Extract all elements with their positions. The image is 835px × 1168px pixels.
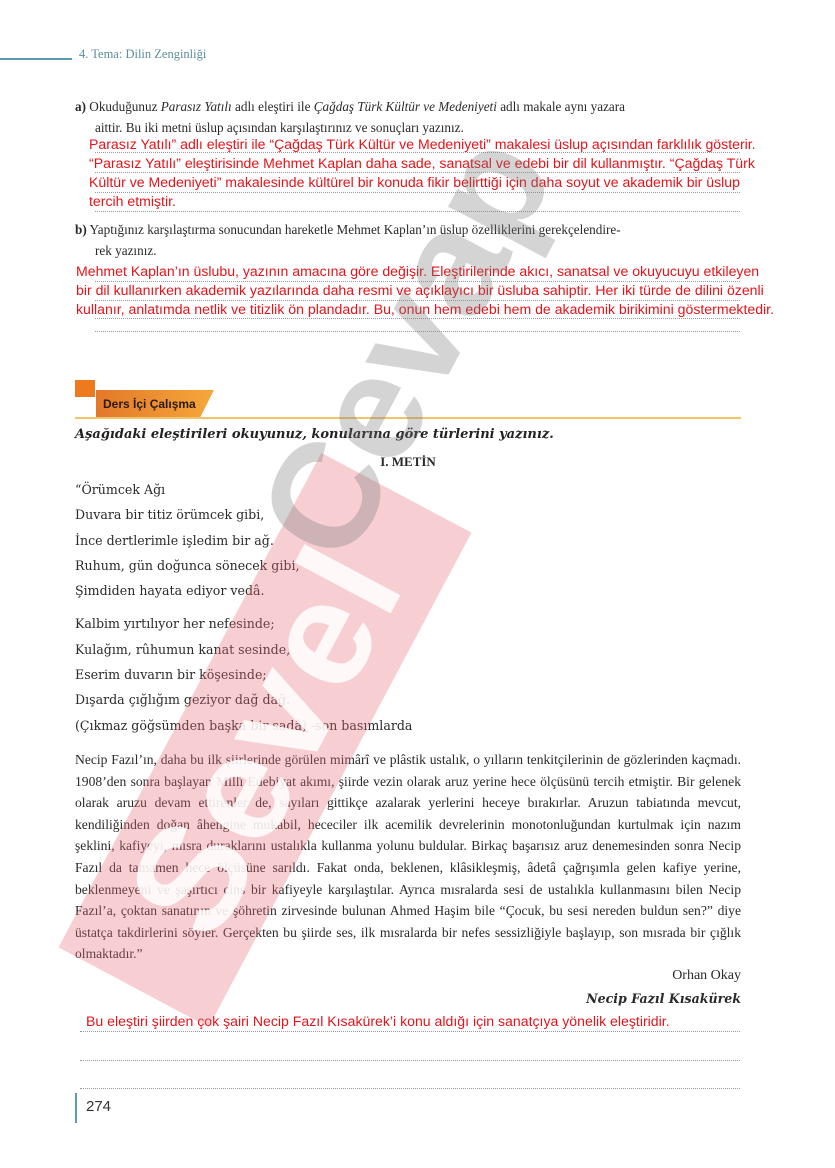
answer-a-line: “Parasız Yatılı” eleştirisinde Mehmet Ka…	[89, 154, 755, 173]
poem-line: Kulağım, rûhumun kanat sesinde,	[75, 637, 412, 662]
question-a-label: a)	[75, 99, 86, 114]
poem-line: Duvara bir titiz örümcek gibi,	[75, 502, 412, 527]
answer-a-line: tercih etmiştir.	[89, 192, 176, 211]
text-heading: I. METİN	[75, 454, 741, 470]
answer-a-line: Parasız Yatılı” adlı eleştiri ile “Çağda…	[89, 135, 756, 154]
section-rule	[75, 417, 741, 419]
critique-paragraph: Necip Fazıl’ın, daha bu ilk şiirlerinde …	[75, 749, 741, 965]
poem-line: Ruhum, gün doğunca sönecek gibi,	[75, 553, 412, 578]
poem-line: Dışarda çığlığım geziyor dağ dağ.	[75, 687, 412, 712]
answer-line	[95, 211, 740, 212]
answer-a-line: Kültür ve Medeniyeti” makalesinde kültür…	[89, 173, 740, 192]
source-book: Necip Fazıl Kısakürek	[586, 991, 741, 1006]
source-author: Orhan Okay	[672, 968, 741, 984]
section-tag: Ders İçi Çalışma	[96, 390, 214, 418]
header-rule	[0, 58, 72, 60]
answer-line	[95, 331, 740, 332]
answer-line	[80, 1088, 740, 1089]
answer-text-1: Bu eleştiri şiirden çok şairi Necip Fazı…	[86, 1012, 670, 1031]
answer-b-line: kullanır, anlatımda netlik ve titizlik ö…	[76, 300, 774, 319]
question-b-label: b)	[75, 222, 87, 237]
page-number-bar	[75, 1093, 77, 1123]
question-a: a) Okuduğunuz Parasız Yatılı adlı eleşti…	[75, 96, 755, 138]
answer-b-line: bir dil kullanırken akademik yazılarında…	[76, 281, 764, 300]
answer-b-line: Mehmet Kaplan’ın üslubu, yazının amacına…	[76, 262, 759, 281]
question-b: b) Yaptığınız karşılaştırma sonucundan h…	[75, 219, 755, 261]
answer-line	[80, 1060, 740, 1061]
poem-line: (Çıkmaz göğsümden başka bir sadâ) -son b…	[75, 713, 412, 738]
poem-line: Eserim duvarın bir köşesinde;	[75, 662, 412, 687]
instruction: Aşağıdaki eleştirileri okuyunuz, konular…	[75, 427, 554, 442]
answer-line	[95, 192, 740, 193]
poem-line: “Örümcek Ağı	[75, 477, 412, 502]
poem: “Örümcek Ağı Duvara bir titiz örümcek gi…	[75, 477, 412, 738]
section-tag-accent	[75, 380, 95, 397]
answer-line	[80, 1031, 740, 1032]
chapter-title: 4. Tema: Dilin Zenginliği	[79, 47, 206, 62]
poem-line: Kalbim yırtılıyor her nefesinde;	[75, 611, 412, 636]
page-number: 274	[86, 1098, 111, 1115]
poem-line: Şimdiden hayata ediyor vedâ.	[75, 578, 412, 603]
poem-line: İnce dertlerimle işledim bir ağ.	[75, 528, 412, 553]
